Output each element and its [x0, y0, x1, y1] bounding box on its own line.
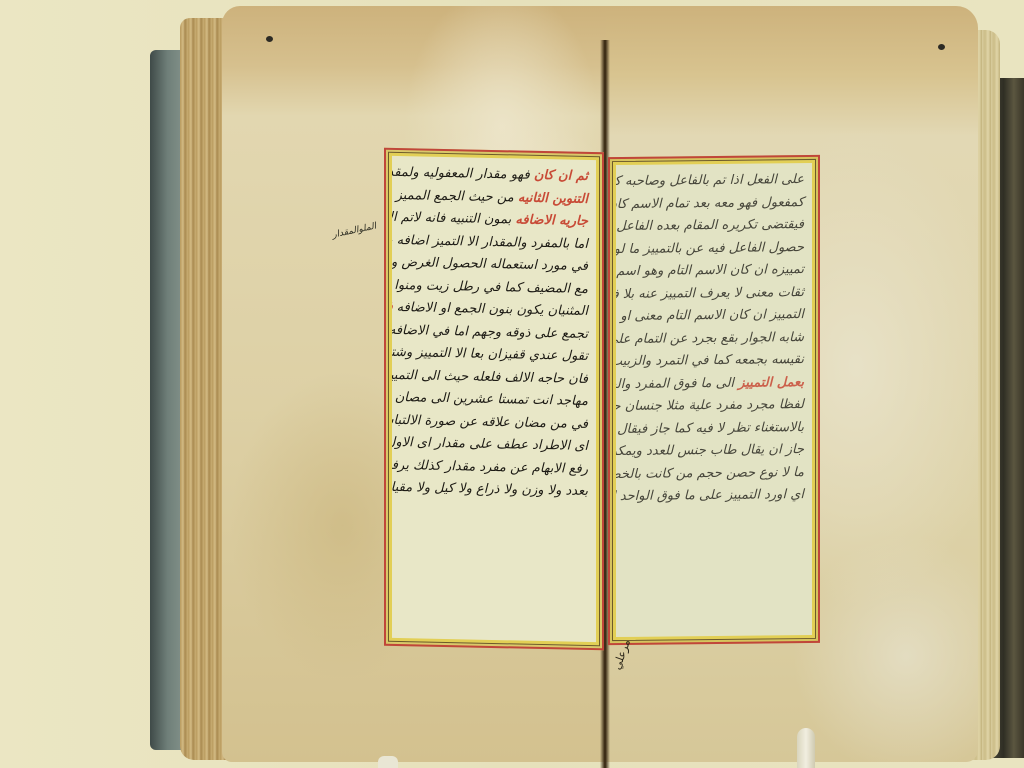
- manuscript-line: في مورد استعماله الحصول الغرض وهو رفع ال…: [400, 252, 588, 278]
- rubric: التنوين الثانيه: [518, 190, 588, 206]
- manuscript-line: بعدد ولا وزن ولا ذراع ولا كيل ولا مقياس …: [400, 477, 588, 503]
- book-support-stand: [797, 728, 815, 768]
- line-text: رفع الابهام عن مفرد مقدار كذلك يرفعه عن …: [389, 455, 588, 477]
- manuscript-line: اى الاطراد عطف على مقدار اى الاول وعن غي…: [400, 432, 588, 458]
- line-text: مع المضيف كما في رطل زيت ومنوا سمن: [389, 277, 588, 297]
- line-text: التمييز ان كان الاسم التام معنى او مجموع…: [613, 307, 804, 324]
- manuscript-line: نقيسه بجمعه كما في التمرد والزبيب الضرب …: [624, 349, 804, 373]
- manuscript-line: على الفعل اذا تم بالفاعل وصاحبه كلما تما…: [624, 169, 804, 193]
- manuscript-line: جاز ان يقال طاب جنس للعدد ويمكن ان تحا م…: [624, 439, 804, 463]
- rubric: فلا: [389, 300, 392, 315]
- line-text: فان حاجه الالف فلعله حيث الى التمييز لرم…: [389, 364, 588, 387]
- line-text: بمون التنبيه فانه لاتم الاسم بها افتقر ا…: [389, 208, 511, 228]
- line-text: في من مضان علاقه عن صورة الالتباس ليضا ا…: [389, 410, 588, 432]
- line-text: نقيسه بجمعه كما في التمرد والزبيب الضرب …: [613, 352, 804, 370]
- right-text-frame: على الفعل اذا تم بالفاعل وصاحبه كلما تما…: [608, 155, 820, 645]
- manuscript-line: لفظا مجرد مفرد علية مثلا جنسان حتى او كج…: [624, 394, 804, 418]
- book-support-stand: [378, 756, 398, 768]
- worm-hole-mark: [938, 44, 945, 50]
- line-text: المثنيان يكون بنون الجمع او الاضافه: [397, 300, 588, 319]
- line-text: تمييزه ان كان الاسم التام وهو اسم ولا ال…: [613, 262, 804, 280]
- right-text-block: على الفعل اذا تم بالفاعل وصاحبه كلما تما…: [613, 160, 815, 640]
- manuscript-line: تقول عندي قفيزان بعا الا التمييز وشتركه …: [400, 342, 588, 368]
- manuscript-line: ما لا نوع حصن حجم من كانت بالخصوصيات الك…: [624, 462, 804, 486]
- line-text: في مورد استعماله الحصول الغرض وهو رفع ال…: [389, 253, 588, 274]
- manuscript-line: مهاجد انت تمستا عشرين الى مصان الاعترف م…: [400, 387, 588, 413]
- manuscript-line: فيقتضى تكريره المقام بعده الفاعل الا به …: [624, 214, 804, 238]
- line-text: ثقات معنى لا يعرف التمييز عنه بلا فعال ع…: [613, 285, 804, 303]
- line-text: على الفعل اذا تم بالفاعل وصاحبه كلما تما…: [613, 172, 804, 190]
- manuscript-line: ثقات معنى لا يعرف التمييز عنه بلا فعال ع…: [624, 282, 804, 306]
- line-text: كمفعول فهو معه بعد تمام الاسم كان مفعول …: [613, 195, 804, 213]
- left-text-block: ثم ان كان فهو مقدار المعفوليه ولمقدار وب…: [389, 153, 599, 645]
- manuscript-line: التمييز ان كان الاسم التام معنى او مجموع…: [624, 304, 804, 328]
- line-text: جاز ان يقال طاب جنس للعدد ويمكن ان تحا م…: [613, 442, 804, 460]
- line-text: تقول عندي قفيزان بعا الا التمييز وشتركه …: [389, 343, 588, 364]
- rubric: بعمل التمييز: [738, 375, 804, 391]
- line-text: اما بالمفرد والمقدار الا التميز اضافه بي…: [389, 230, 588, 251]
- left-text-frame: ثم ان كان فهو مقدار المعفوليه ولمقدار وب…: [384, 148, 604, 651]
- line-text: الى ما فوق المفرد والجمع في التمييز اصفا: [613, 375, 734, 392]
- manuscript-line: بعمل التمييز الى ما فوق المفرد والجمع في…: [624, 372, 804, 396]
- line-text: فهو مقدار المعفوليه ولمقدار وبما يقوى بم: [389, 163, 530, 183]
- manuscript-line: شابه الجوار بقع بجرد عن التمام على القلي…: [624, 327, 804, 351]
- manuscript-line: حصول الفاعل فيه عن بالتمييز ما لو كان: [624, 237, 804, 261]
- line-text: من حيث الجمع المميز مبتدا مثل هو مفرد: [389, 185, 514, 205]
- line-text: بالاستغناء تظر لا فيه كما جاز فيقال للطا…: [613, 420, 804, 438]
- manuscript-line: جاريه الاضافه بمون التنبيه فانه لاتم الا…: [400, 207, 588, 233]
- line-text: لفظا مجرد مفرد علية مثلا جنسان حتى او كج…: [613, 397, 804, 415]
- manuscript-line: اي اورد التمييز على ما فوق الواحد ادا حي…: [624, 484, 804, 508]
- line-text: شابه الجوار بقع بجرد عن التمام على القلي…: [613, 330, 804, 348]
- rubric: جاريه الاضافه: [515, 212, 588, 229]
- manuscript-line: ثم ان كان فهو مقدار المعفوليه ولمقدار وب…: [400, 162, 588, 188]
- line-text: بعدد ولا وزن ولا ذراع ولا كيل ولا مقياس: [389, 480, 588, 499]
- manuscript-line: بالاستغناء تظر لا فيه كما جاز فيقال للطا…: [624, 417, 804, 441]
- manuscript-line: تمييزه ان كان الاسم التام وهو اسم ولا ال…: [624, 259, 804, 283]
- worm-hole-mark: [266, 36, 273, 42]
- manuscript-line: كمفعول فهو معه بعد تمام الاسم كان مفعول …: [624, 192, 804, 216]
- line-text: ما لا نوع حصن حجم من كانت بالخصوصيات الك…: [613, 465, 804, 483]
- line-text: اي اورد التمييز على ما فوق الواحد ادا حي…: [613, 487, 804, 505]
- rubric: ثم ان كان: [534, 168, 588, 184]
- line-text: مهاجد انت تمستا عشرين الى مصان الاعترف م…: [389, 388, 588, 409]
- manuscript-line: المثنيان يكون بنون الجمع او الاضافه فلا: [400, 297, 588, 323]
- line-text: فيقتضى تكريره المقام بعده الفاعل الا به …: [613, 217, 804, 235]
- line-text: حصول الفاعل فيه عن بالتمييز ما لو كان: [613, 240, 804, 257]
- line-text: اى الاطراد عطف على مقدار اى الاول: [389, 435, 588, 454]
